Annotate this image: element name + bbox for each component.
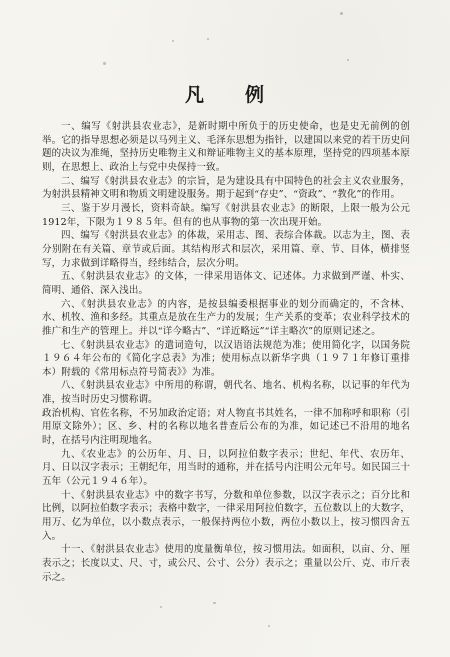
scan-speck (103, 62, 106, 65)
scan-speck (347, 59, 349, 61)
paragraph-item-11: 十、《射洪县农业志》中的数字书写，分数和单位参数，以汉字表示之；百分比和比例，以… (42, 489, 410, 544)
paragraph-item-2: 二、编写《射洪县农业志》的宗旨，是为建设具有中国特色的社会主义农业服务，为射洪县… (42, 175, 410, 202)
document-body: 一、编写《射洪县农业志》，是新时期中所负于的历史使命，也是史无前例的创举。它的指… (42, 120, 410, 584)
paragraph-item-6: 六、《射洪县农业志》的内容，是按县编委根据事业的划分而确定的，不含林、水、机牧、… (42, 298, 410, 339)
paragraph-item-4: 四、编写《射洪县农业志》的体裁，采用志、图、表综合体裁。以志为主，图、表分别附在… (42, 229, 410, 270)
scan-speck (160, 606, 162, 608)
paragraph-item-10: 九、《农业志》的公历年、月、日，以阿拉伯数字表示；世纪、年代、农历年、月、日以汉… (42, 448, 410, 489)
paragraph-item-7: 七、《射洪县农业志》的遣词造句，以汉语语法规范为准；使用简化字，以国务院１９６４… (42, 339, 410, 380)
paragraph-item-12: 十一、《射洪县农业志》使用的度量衡单位，按习惯用法。如面积，以亩、分、厘表示之；… (42, 543, 410, 584)
scan-speck (340, 12, 343, 15)
scan-speck (268, 625, 270, 627)
scan-speck (172, 40, 174, 42)
paragraph-item-5: 五、《射洪县农业志》的文体，一律采用语体文、记述体。力求做到严谨、朴实、简明、通… (42, 270, 410, 297)
page-title: 凡 例 (0, 80, 450, 107)
paragraph-item-9: 政治机构、官佐名称，不另加政治定语；对人物直书其姓名，一律不加称呼和职称（引用原… (42, 407, 410, 448)
scanned-document-page: 凡 例 一、编写《射洪县农业志》，是新时期中所负于的历史使命，也是史无前例的创举… (0, 0, 450, 657)
paragraph-item-8: 八、《射洪县农业志》中所用的称谓，朝代名、地名、机构名称，以记事的年代为准，按当… (42, 379, 410, 406)
paragraph-item-3: 三、鉴于岁月漫长，资料奇缺。编写《射洪县农业志》的断限，上限一般为公元1912年… (42, 202, 410, 229)
scan-speck (207, 38, 209, 40)
scan-speck (213, 602, 216, 604)
paragraph-item-1: 一、编写《射洪县农业志》，是新时期中所负于的历史使命，也是史无前例的创举。它的指… (42, 120, 410, 175)
